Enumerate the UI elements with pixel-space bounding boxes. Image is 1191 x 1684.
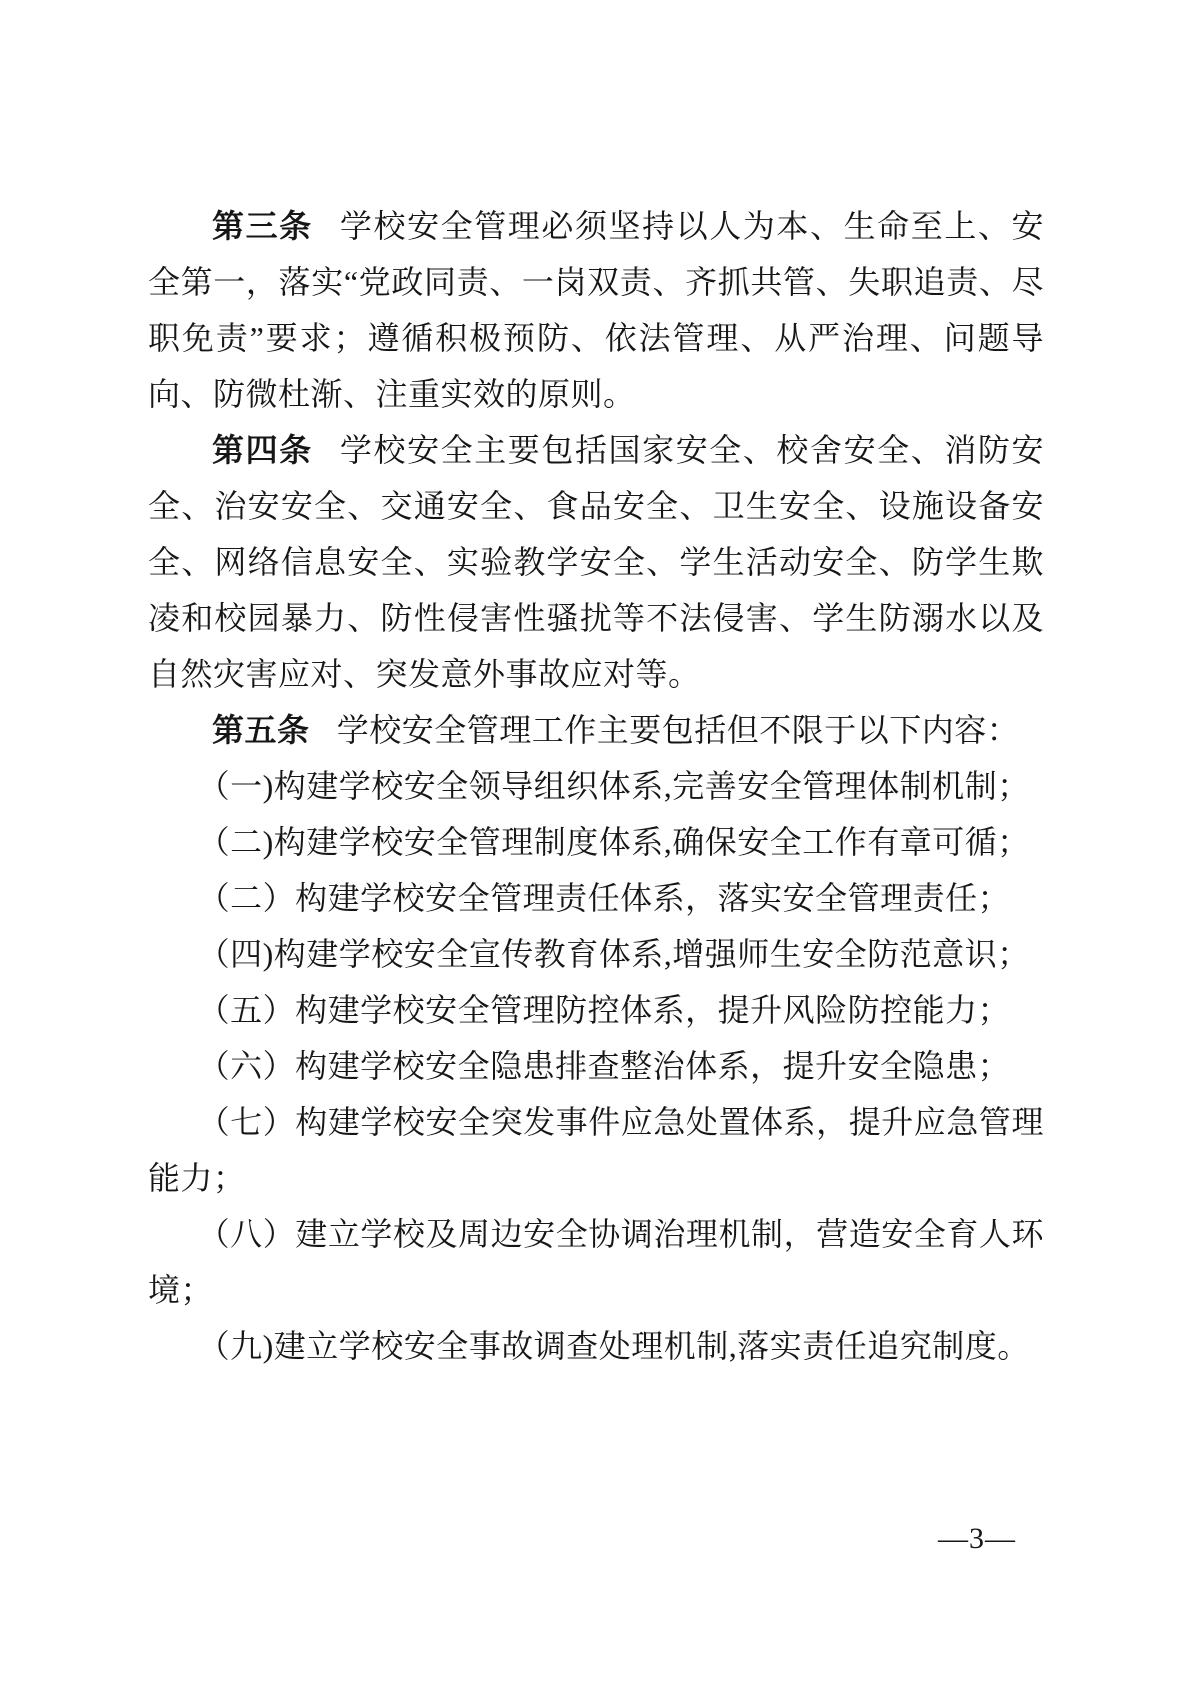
article-4-text: 学校安全主要包括国家安全、校舍安全、消防安全、治安安全、交通安全、食品安全、卫生… bbox=[148, 432, 1044, 692]
list-item-1: （一)构建学校安全领导组织体系,完善安全管理体制机制； bbox=[148, 758, 1044, 814]
list-item-2-text: （二)构建学校安全管理制度体系,确保安全工作有章可循； bbox=[198, 824, 1030, 860]
list-item-5-text: （五）构建学校安全管理防控体系，提升风险防控能力； bbox=[198, 992, 1011, 1028]
article-5-text: 学校安全管理工作主要包括但不限于以下内容： bbox=[337, 712, 1020, 748]
list-item-3-text: （二）构建学校安全管理责任体系，落实安全管理责任； bbox=[198, 880, 1011, 916]
document-page: 第三条学校安全管理必须坚持以人为本、生命至上、安全第一，落实“党政同责、一岗双责… bbox=[0, 0, 1191, 1684]
list-item-8-text: （八）建立学校及周边安全协调治理机制，营造安全育人环境； bbox=[148, 1216, 1044, 1308]
article-5-number: 第五条 bbox=[212, 712, 310, 748]
list-item-6-text: （六）构建学校安全隐患排查整治体系，提升安全隐患； bbox=[198, 1048, 1011, 1084]
article-3-paragraph: 第三条学校安全管理必须坚持以人为本、生命至上、安全第一，落实“党政同责、一岗双责… bbox=[148, 198, 1044, 422]
list-item-3: （二）构建学校安全管理责任体系，落实安全管理责任； bbox=[148, 870, 1044, 926]
list-item-7: （七）构建学校安全突发事件应急处置体系，提升应急管理能力； bbox=[148, 1094, 1044, 1206]
document-body: 第三条学校安全管理必须坚持以人为本、生命至上、安全第一，落实“党政同责、一岗双责… bbox=[148, 198, 1044, 1374]
list-item-4-text: （四)构建学校安全宣传教育体系,增强师生安全防范意识； bbox=[198, 936, 1030, 972]
list-item-1-text: （一)构建学校安全领导组织体系,完善安全管理体制机制； bbox=[198, 768, 1030, 804]
list-item-8: （八）建立学校及周边安全协调治理机制，营造安全育人环境； bbox=[148, 1206, 1044, 1318]
article-3-number: 第三条 bbox=[212, 208, 313, 244]
page-number: —3— bbox=[938, 1522, 1016, 1556]
list-item-7-text: （七）构建学校安全突发事件应急处置体系，提升应急管理能力； bbox=[148, 1104, 1044, 1196]
list-item-2: （二)构建学校安全管理制度体系,确保安全工作有章可循； bbox=[148, 814, 1044, 870]
article-4-paragraph: 第四条学校安全主要包括国家安全、校舍安全、消防安全、治安安全、交通安全、食品安全… bbox=[148, 422, 1044, 702]
list-item-9-text: （九)建立学校安全事故调查处理机制,落实责任追究制度。 bbox=[198, 1328, 1030, 1364]
list-item-4: （四)构建学校安全宣传教育体系,增强师生安全防范意识； bbox=[148, 926, 1044, 982]
list-item-9: （九)建立学校安全事故调查处理机制,落实责任追究制度。 bbox=[148, 1318, 1044, 1374]
list-item-6: （六）构建学校安全隐患排查整治体系，提升安全隐患； bbox=[148, 1038, 1044, 1094]
article-5-paragraph: 第五条学校安全管理工作主要包括但不限于以下内容： bbox=[148, 702, 1044, 758]
article-4-number: 第四条 bbox=[212, 432, 313, 468]
list-item-5: （五）构建学校安全管理防控体系，提升风险防控能力； bbox=[148, 982, 1044, 1038]
